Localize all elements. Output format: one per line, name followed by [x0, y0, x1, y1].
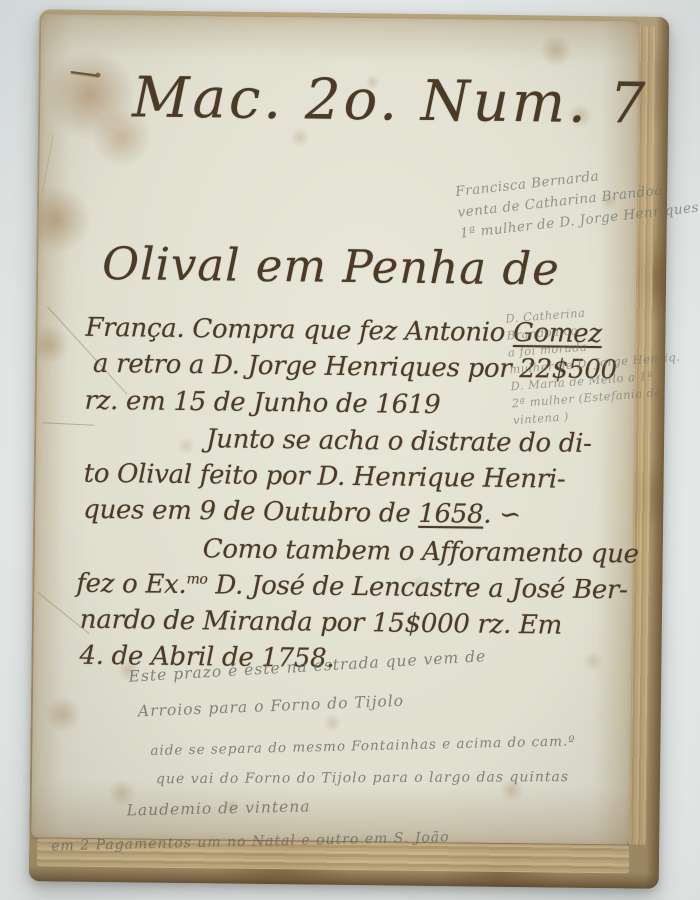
ink-text: fez o Ex. — [76, 569, 186, 600]
ink-line: rz. em 15 de Junho de 1619 — [84, 386, 440, 420]
maco-number-header: Mac. 2o. Num. 7 — [132, 65, 649, 136]
fold-crease — [42, 422, 94, 425]
binding-stitch — [71, 71, 98, 77]
ink-text-underlined: 1658 — [418, 499, 483, 530]
pencil-note-bottom: Laudemio de vintena — [126, 797, 310, 819]
manuscript-book: Mac. 2o. Num. 7 Francisca Bernarda venta… — [29, 9, 670, 889]
ink-text: França. Compra que fez Antonio — [85, 313, 513, 348]
pencil-note-right-margin: D. Catherina Brandoa co a foi morada mul… — [505, 298, 685, 430]
ink-line: nardo de Miranda por 15$000 rz. Em — [80, 605, 562, 641]
pencil-note-bottom: Arroios para o Forno do Tijolo — [138, 692, 405, 721]
ink-line: to Olival feito por D. Henrique Henri- — [83, 459, 565, 495]
ink-line: ques em 9 de Outubro de 1658. ∽ — [83, 495, 521, 530]
ink-text: . ∽ — [483, 500, 521, 530]
manuscript-photo: Mac. 2o. Num. 7 Francisca Bernarda venta… — [0, 0, 700, 900]
ink-text: D. José de Lencastre a José Ber- — [207, 570, 627, 605]
fold-crease — [42, 134, 54, 193]
ink-superscript: mo — [186, 571, 207, 587]
ink-text: ques em 9 de Outubro de — [83, 495, 418, 529]
document-title: Olival em Penha de — [102, 237, 560, 296]
pencil-note-bottom: aide se separa do mesmo Fontainhas e aci… — [150, 733, 576, 759]
pencil-note-bottom: que vai do Forno do Tijolo para o largo … — [156, 769, 569, 787]
ink-line: Junto se acha o distrate do di- — [206, 424, 592, 459]
front-page: Mac. 2o. Num. 7 Francisca Bernarda venta… — [31, 14, 639, 844]
ink-line: fez o Ex.mo D. José de Lencastre a José … — [76, 569, 628, 606]
ink-line: Como tambem o Afforamento que — [203, 534, 639, 569]
